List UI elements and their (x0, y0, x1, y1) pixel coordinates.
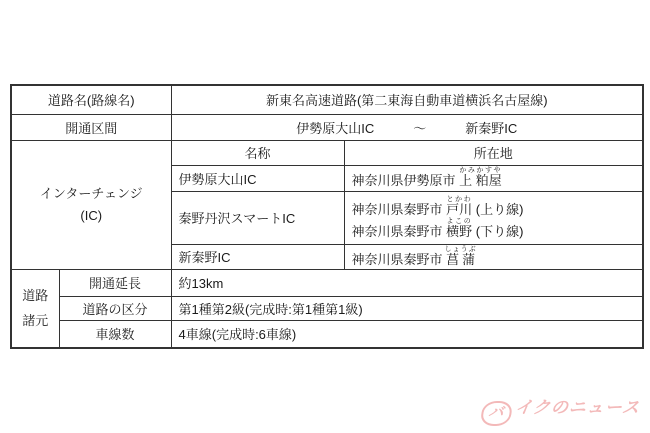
specs-label: 道路 諸元 (11, 269, 59, 348)
section-row: 開通区間 伊勢原大山IC ～ 新秦野IC (11, 114, 643, 140)
location-suffix: (上り線) (472, 202, 523, 217)
ic-location: 神奈川県伊勢原市 上 粕屋かみかすや (344, 165, 643, 191)
location-ruby: 横野よこの (446, 224, 472, 239)
location-base: 戸川 (446, 202, 472, 217)
location-base: 上 粕屋 (459, 173, 502, 188)
specs-label-text: 道路 諸元 (12, 283, 59, 333)
watermark-oval-char: バ (488, 404, 506, 421)
location-prefix: 神奈川県秦野市 (352, 252, 447, 267)
location-prefix: 神奈川県秦野市 (352, 224, 447, 239)
location-line: 神奈川県伊勢原市 上 粕屋かみかすや (352, 167, 643, 188)
ic-name: 秦野丹沢スマートIC (171, 191, 344, 244)
location-furigana: しょうぶ (445, 246, 477, 253)
location-line: 神奈川県秦野市 横野よこの (下り線) (352, 218, 643, 239)
location-ruby: 戸川とかわ (446, 202, 472, 217)
bike-news-watermark: バイクのニュース (480, 393, 642, 426)
ic-location: 神奈川県秦野市 戸川とかわ (上り線) 神奈川県秦野市 横野よこの (下り線) (344, 191, 643, 244)
location-furigana: よこの (446, 218, 472, 225)
spec-item-value: 第1種第2級(完成時:第1種第1級) (171, 296, 643, 320)
ic-name: 伊勢原大山IC (171, 165, 344, 191)
spec-item-value: 4車線(完成時:6車線) (171, 320, 643, 348)
interchange-label: インターチェンジ (IC) (11, 140, 171, 269)
specs-row-length: 道路 諸元 開通延長 約13km (11, 269, 643, 296)
location-ruby: 菖蒲しょうぶ (446, 252, 477, 267)
location-base: 横野 (446, 224, 472, 239)
spec-item-value: 約13km (171, 269, 643, 296)
spec-item-label: 道路の区分 (59, 296, 171, 320)
spec-item-label: 車線数 (59, 320, 171, 348)
road-info-table: 道路名(路線名) 新東名高速道路(第二東海自動車道横浜名古屋線) 開通区間 伊勢… (10, 84, 644, 349)
specs-label-line2: 諸元 (12, 308, 59, 333)
location-furigana: かみかすや (459, 167, 502, 174)
location-prefix: 神奈川県秦野市 (352, 202, 447, 217)
specs-row-classification: 道路の区分 第1種第2級(完成時:第1種第1級) (11, 296, 643, 320)
specs-label-line1: 道路 (12, 283, 59, 308)
location-column-header: 所在地 (344, 140, 643, 165)
location-ruby: 上 粕屋かみかすや (459, 173, 502, 188)
section-label: 開通区間 (11, 114, 171, 140)
location-suffix: (下り線) (472, 224, 523, 239)
road-name-label: 道路名(路線名) (11, 85, 171, 114)
location-prefix: 神奈川県伊勢原市 (352, 173, 460, 188)
section-value: 伊勢原大山IC ～ 新秦野IC (171, 114, 643, 140)
location-furigana: とかわ (446, 196, 472, 203)
interchange-label-line1: インターチェンジ (12, 183, 171, 205)
location-line: 神奈川県秦野市 菖蒲しょうぶ (352, 246, 643, 267)
road-name-value: 新東名高速道路(第二東海自動車道横浜名古屋線) (171, 85, 643, 114)
watermark-oval-icon: バ (480, 401, 514, 426)
road-name-row: 道路名(路線名) 新東名高速道路(第二東海自動車道横浜名古屋線) (11, 85, 643, 114)
interchange-header-row: インターチェンジ (IC) 名称 所在地 (11, 140, 643, 165)
ic-location: 神奈川県秦野市 菖蒲しょうぶ (344, 244, 643, 269)
location-line: 神奈川県秦野市 戸川とかわ (上り線) (352, 196, 643, 217)
ic-name: 新秦野IC (171, 244, 344, 269)
spec-item-label: 開通延長 (59, 269, 171, 296)
name-column-header: 名称 (171, 140, 344, 165)
interchange-label-line2: (IC) (12, 205, 171, 227)
specs-row-lanes: 車線数 4車線(完成時:6車線) (11, 320, 643, 348)
watermark-text: イクのニュース (514, 398, 641, 417)
interchange-label-text: インターチェンジ (IC) (12, 183, 171, 227)
location-base: 菖蒲 (445, 252, 477, 267)
page: 道路名(路線名) 新東名高速道路(第二東海自動車道横浜名古屋線) 開通区間 伊勢… (0, 0, 650, 433)
